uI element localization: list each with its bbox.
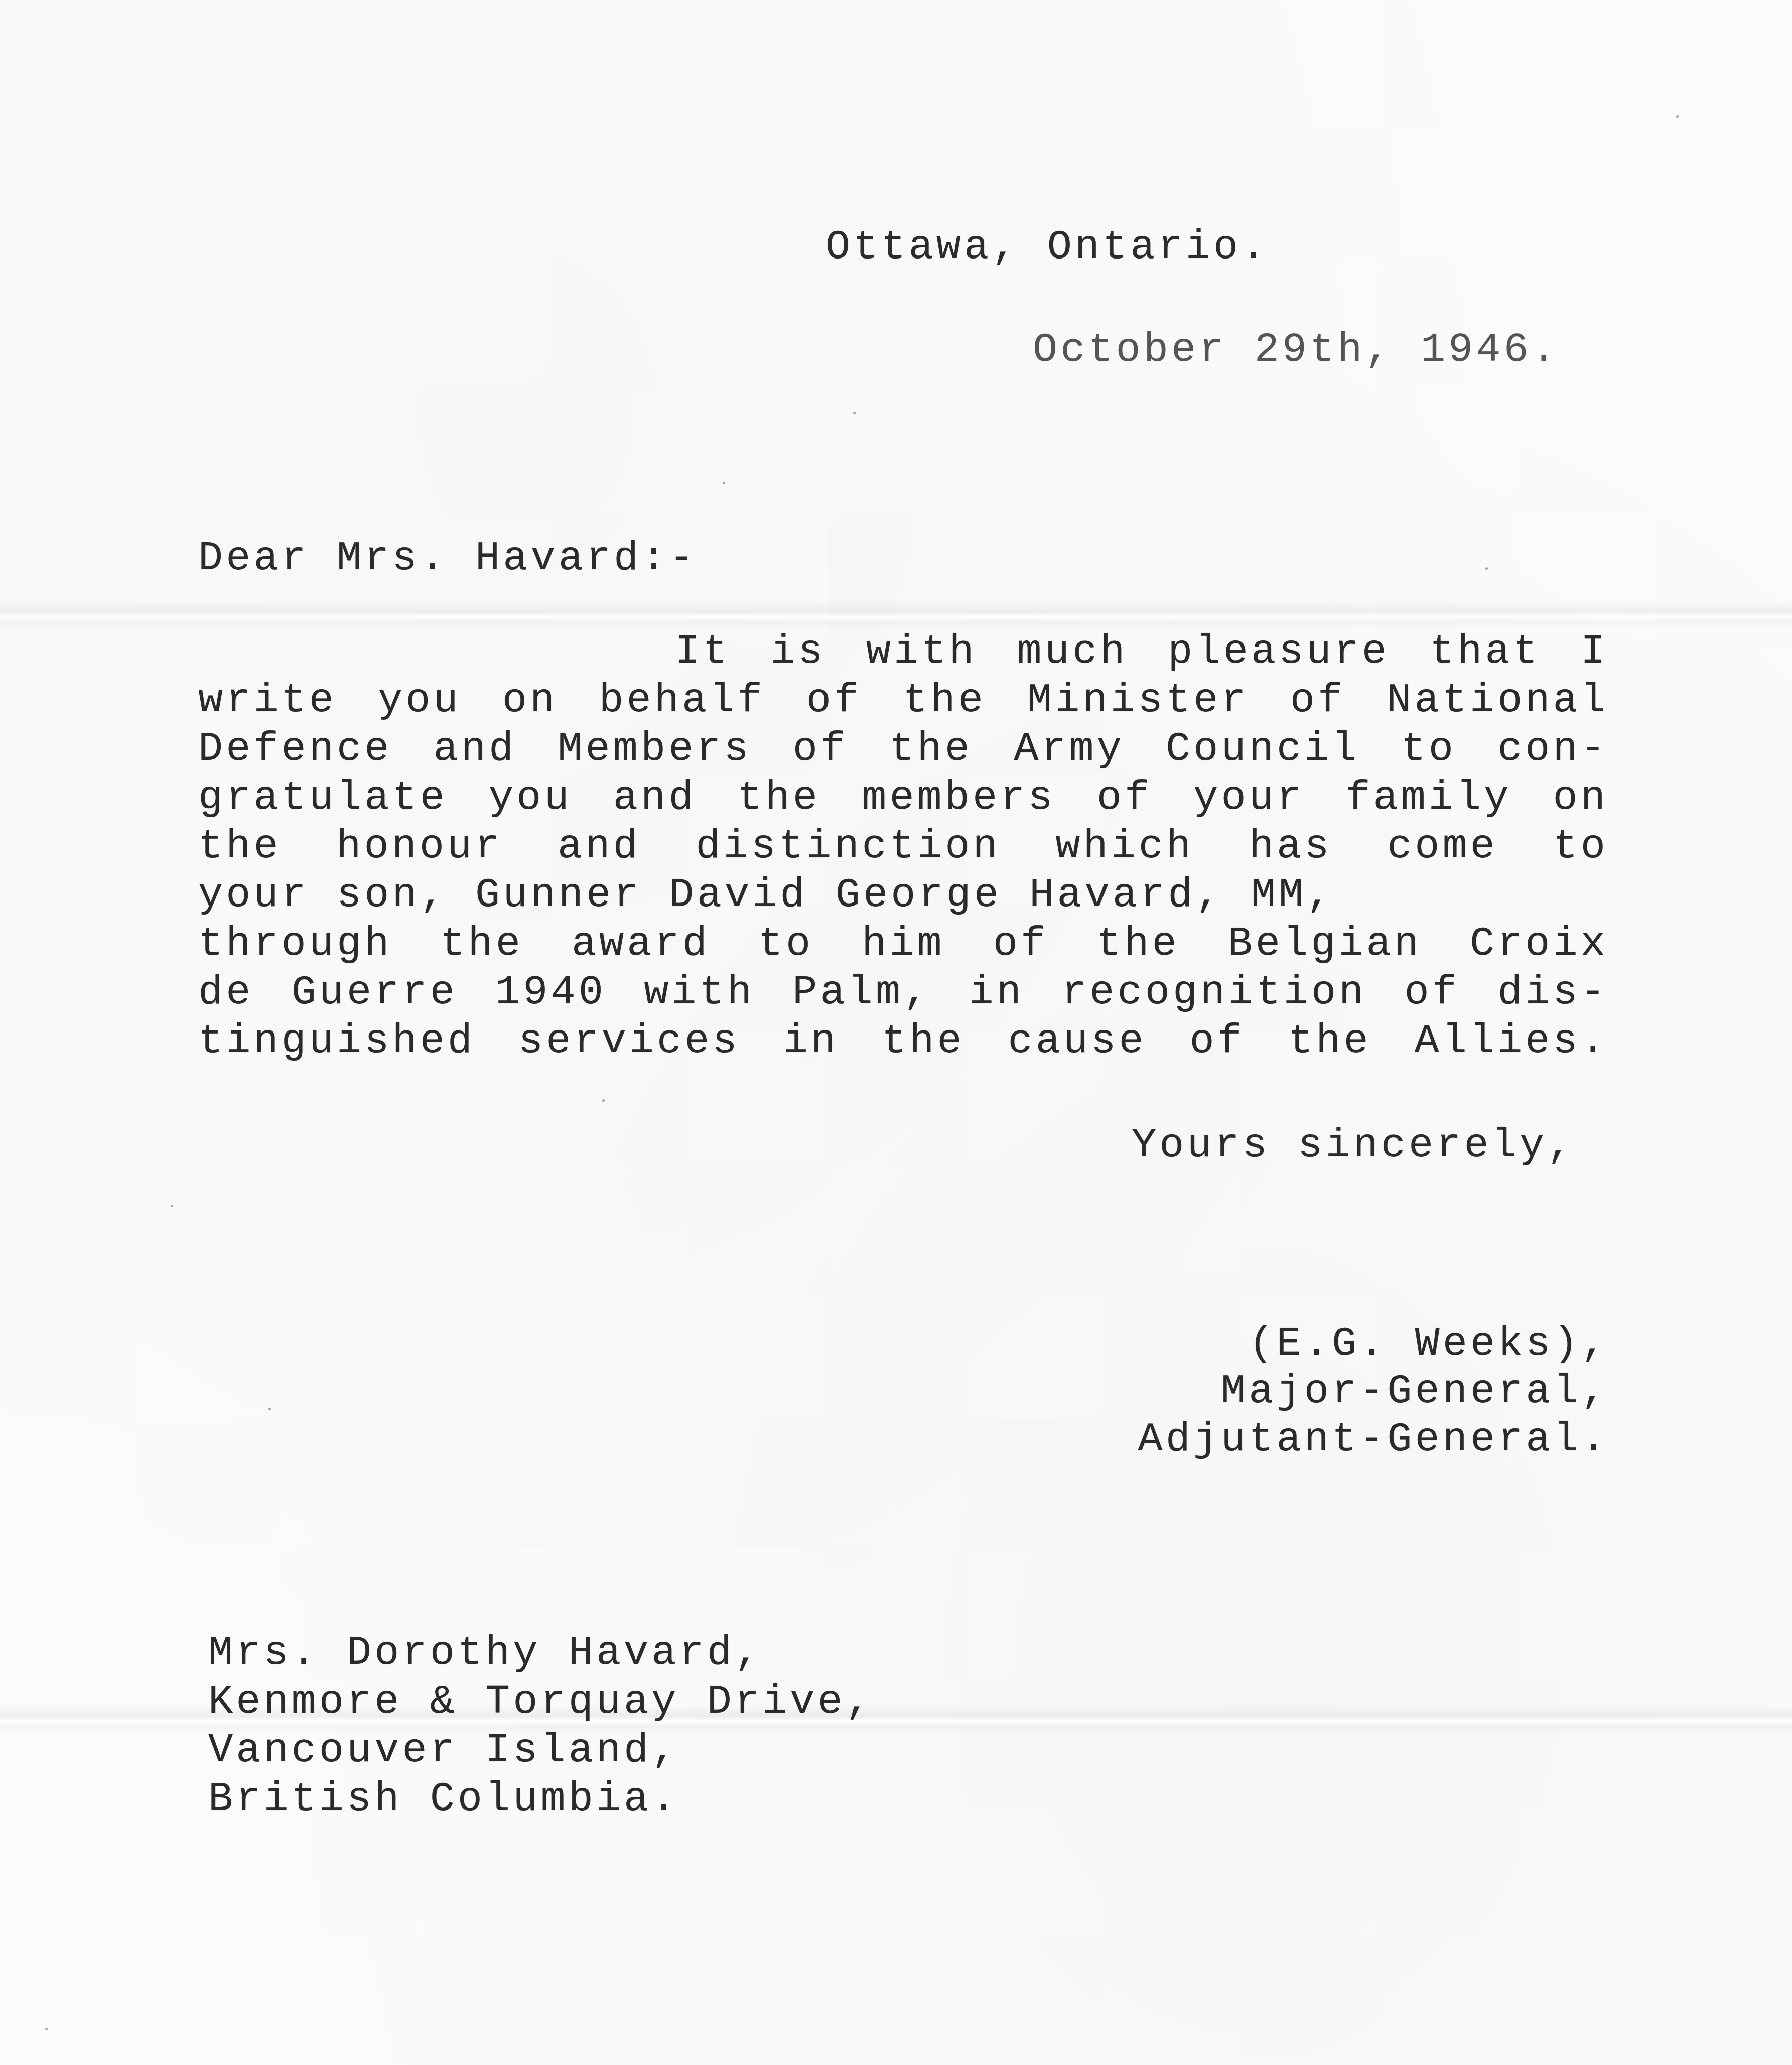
paper-speck: [853, 412, 856, 414]
body-line: de Guerre 1940 with Palm, in recognition…: [198, 968, 1608, 1017]
paper-speck: [45, 2028, 48, 2030]
signatory-name: (E.G. Weeks),: [1138, 1320, 1609, 1368]
body-line: write you on behalf of the Minister of N…: [198, 676, 1608, 725]
address-line: Kenmore & Torquay Drive,: [208, 1677, 873, 1726]
letter-date: October 29th, 1946.: [1033, 326, 1559, 374]
body-line: Defence and Members of the Army Council …: [198, 725, 1608, 773]
paper-speck: [1485, 567, 1488, 570]
sender-location: Ottawa, Ontario.: [825, 223, 1269, 272]
letter-page: Ottawa, Ontario. October 29th, 1946. Dea…: [0, 0, 1792, 2065]
address-line: British Columbia.: [208, 1775, 873, 1824]
body-line: It is with much pleasure that I: [198, 627, 1608, 676]
address-line: Vancouver Island,: [208, 1726, 873, 1775]
signatory-title: Adjutant-General.: [1138, 1415, 1609, 1463]
paper-fold-upper: [0, 600, 1792, 630]
body-line: your son, Gunner David George Havard, MM…: [198, 871, 1608, 920]
recipient-address: Mrs. Dorothy Havard, Kenmore & Torquay D…: [208, 1629, 873, 1824]
body-line: gratulate you and the members of your fa…: [198, 773, 1608, 822]
complimentary-close: Yours sincerely,: [1132, 1122, 1575, 1170]
body-line: through the award to him of the Belgian …: [198, 920, 1608, 968]
paper-speck: [268, 1408, 271, 1410]
paper-speck: [602, 1099, 605, 1102]
body-line: the honour and distinction which has com…: [198, 822, 1608, 871]
body-line: tinguished services in the cause of the …: [198, 1017, 1608, 1066]
signatory-rank: Major-General,: [1138, 1368, 1609, 1415]
paper-speck: [723, 482, 725, 484]
letter-body: It is with much pleasure that I write yo…: [198, 627, 1608, 1066]
paper-speck: [1676, 115, 1679, 118]
signature-block: (E.G. Weeks), Major-General, Adjutant-Ge…: [1138, 1320, 1609, 1463]
salutation: Dear Mrs. Havard:-: [198, 535, 697, 583]
address-line: Mrs. Dorothy Havard,: [208, 1629, 873, 1677]
paper-speck: [171, 1205, 173, 1207]
